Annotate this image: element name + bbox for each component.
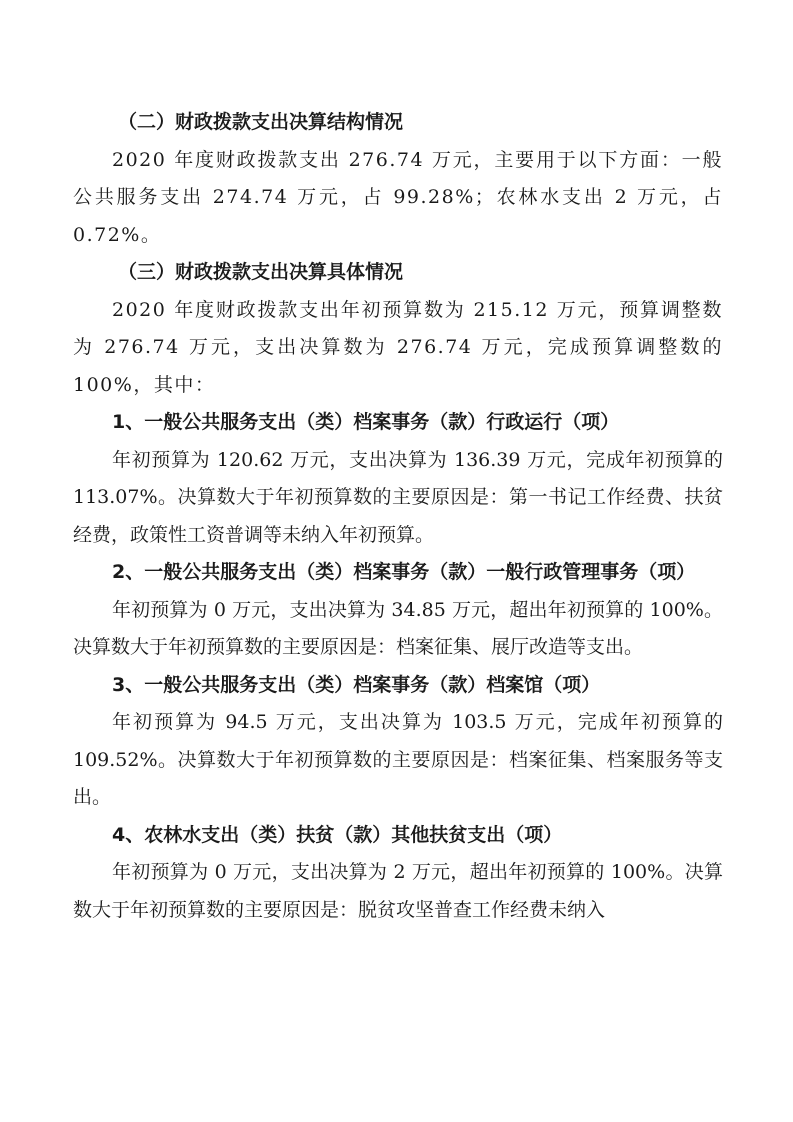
item-body-2: 年初预算为 0 万元，支出决算为 34.85 万元，超出年初预算的 100%。决… [73, 592, 723, 667]
section-heading-detail: （三）财政拨款支出决算具体情况 [73, 254, 723, 292]
document-page: （二）财政拨款支出决算结构情况 2020 年度财政拨款支出 276.74 万元，… [73, 104, 723, 929]
item-body-4: 年初预算为 0 万元，支出决算为 2 万元，超出年初预算的 100%。决算数大于… [73, 854, 723, 929]
item-heading-4: 4、农林水支出（类）扶贫（款）其他扶贫支出（项） [73, 817, 723, 855]
paragraph-detail: 2020 年度财政拨款支出年初预算数为 215.12 万元，预算调整数为 276… [73, 292, 723, 405]
paragraph-structure: 2020 年度财政拨款支出 276.74 万元，主要用于以下方面：一般公共服务支… [73, 142, 723, 255]
section-heading-structure: （二）财政拨款支出决算结构情况 [73, 104, 723, 142]
item-body-3: 年初预算为 94.5 万元，支出决算为 103.5 万元，完成年初预算的 109… [73, 704, 723, 817]
item-heading-2: 2、一般公共服务支出（类）档案事务（款）一般行政管理事务（项） [73, 554, 723, 592]
item-body-1: 年初预算为 120.62 万元，支出决算为 136.39 万元，完成年初预算的 … [73, 442, 723, 555]
item-heading-3: 3、一般公共服务支出（类）档案事务（款）档案馆（项） [73, 667, 723, 705]
item-heading-1: 1、一般公共服务支出（类）档案事务（款）行政运行（项） [73, 404, 723, 442]
